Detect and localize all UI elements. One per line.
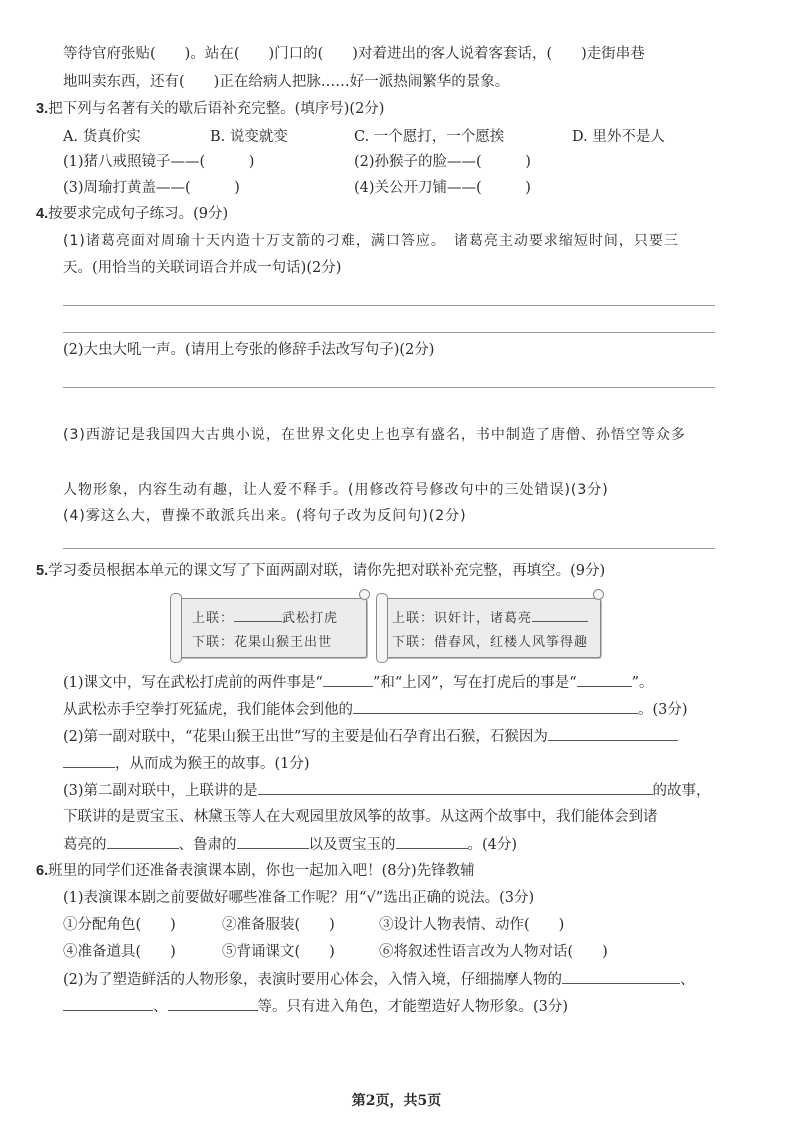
q5-p2-text-b: ，从而成为猴王的故事。(1分) [115,756,310,772]
q3-title: 把下列与名著有关的歇后语补充完整。(填序号)(2分) [48,101,384,117]
couplet-2-upper: 上联：识奸计，诸葛亮 [392,607,588,626]
q6-p1: (1)表演课本剧之前要做好哪些准备工作呢？用“√”选出正确的说法。(3分) [63,888,534,908]
q6-p2-blank-3[interactable] [168,996,258,1011]
q6-p2-text-a: (2)为了塑造鲜活的人物形象，表演时要用心体会，入情入境，仔细揣摩人物的 [63,972,562,988]
q6-choice-5[interactable]: ⑤背诵课文( ) [222,942,335,962]
q5-p1-text-d: 从武松赤手空拳打死猛虎，我们能体会到他的 [63,702,353,718]
q6-p2-blank-1[interactable] [562,969,680,984]
couplet-scroll-1: 上联：武松打虎 下联：花果山猴王出世 [175,598,367,658]
couplet-2-blank[interactable] [532,607,588,622]
q6-number: 6. [36,863,48,879]
q5-p3-line-1: (3)第二副对联中，上联讲的是的故事， [63,780,711,801]
q5-p1-line-1: (1)课文中，写在武松打虎前的两件事是“”和“上冈”，写在打虎后的事是“”。 [63,672,654,693]
q6-p2-blank-2[interactable] [63,996,153,1011]
q3-option-c: C. 一个愿打，一个愿挨 [354,127,504,147]
q5-p1-blank-2[interactable] [577,672,632,687]
q5-p2-line-1: (2)第一副对联中，“花果山猴王出世”写的主要是仙石孕育出石猴，石猴因为 [63,726,678,747]
scroll-curl-right-icon [359,589,370,600]
q6-p2-text-c: 、 [153,999,168,1015]
q5-number: 5. [36,563,48,579]
q5-p3-text-e: 、鲁肃的 [179,837,237,853]
q5-heading: 5.学习委员根据本单元的课文写了下面两副对联，请你先把对联补充完整，再填空。(9… [36,561,605,581]
q4-title: 按要求完成句子练习。(9分) [48,206,228,222]
couplet-2-upper-label: 上联： [392,611,434,626]
q4-s4: (4)雾这么大，曹操不敢派兵出来。(将句子改为反问句)(2分) [63,506,467,526]
q4-heading: 4.按要求完成句子练习。(9分) [36,204,228,224]
q5-p1-text-b: ”和“上冈”，写在打虎后的事是“ [373,675,577,691]
q5-p3-blank-4[interactable] [396,834,468,849]
q3-item-2[interactable]: (2)孙猴子的脸——( ) [354,152,531,172]
q5-p1-blank-3[interactable] [353,699,638,714]
q6-title: 班里的同学们还准备表演课本剧，你也一起加入吧！(8分)先锋教辅 [48,863,475,879]
couplet-2-lower-text: 借春风，红楼人风筝得趣 [434,635,588,650]
q5-p1-line-2: 从武松赤手空拳打死猛虎，我们能体会到他的。(3分) [63,699,688,720]
couplet-2-upper-text: 识奸计，诸葛亮 [434,611,532,626]
scroll-curl-right-icon [593,589,604,600]
q5-p2-line-2: ，从而成为猴王的故事。(1分) [63,753,310,774]
couplet-1-lower: 下联：花果山猴王出世 [192,631,332,650]
q6-choice-2[interactable]: ②准备服装( ) [222,915,335,935]
q5-p3-blank-1[interactable] [258,780,653,795]
scroll-roll-left-icon [170,593,182,663]
q5-p2-blank-2[interactable] [63,753,115,768]
q3-option-b: B. 说变就变 [210,127,288,147]
answer-line-q4-1a[interactable] [63,305,715,306]
q6-choice-4[interactable]: ④准备道具( ) [63,942,176,962]
q3-item-3[interactable]: (3)周瑜打黄盖——( ) [63,178,240,198]
q6-choice-3[interactable]: ③设计人物表情、动作( ) [379,915,564,935]
page-number: 第2页，共5页 [0,1090,793,1110]
couplet-1-upper-text: 武松打虎 [282,611,338,626]
q6-p2-text-b: 、 [680,972,695,988]
q4-s3-line-2: 人物形象，内容生动有趣，让人爱不释手。(用修改符号修改句中的三处错误)(3分) [63,480,609,500]
q3-option-d: D. 里外不是人 [572,127,665,147]
answer-line-q4-2[interactable] [63,387,715,388]
q4-s2: (2)大虫大吼一声。(请用上夸张的修辞手法改写句子)(2分) [63,340,434,360]
q5-p3-text-b: 的故事， [653,783,711,799]
q6-p2-text-d: 等。只有进入角色，才能塑造好人物形象。(3分) [258,999,569,1015]
couplet-1-upper: 上联：武松打虎 [192,607,338,626]
q5-p1-blank-1[interactable] [323,672,373,687]
q5-p1-text-c: ”。 [632,675,654,691]
answer-line-q4-1b[interactable] [63,332,715,333]
q5-p3-text-g: 。(4分) [468,837,518,853]
scroll-roll-left-icon [376,593,388,663]
q3-number: 3. [36,101,48,117]
q5-p2-blank-1[interactable] [548,726,678,741]
q3-option-a: A. 货真价实 [63,127,141,147]
intro-line-1: 等待官府张贴( )。站在( )门口的( )对着进出的客人说着客套话，( )走街串… [63,44,645,64]
q5-p3-blank-2[interactable] [107,834,179,849]
couplet-1-lower-text: 花果山猴王出世 [234,635,332,650]
couplet-scroll-2: 上联：识奸计，诸葛亮 下联：借春风，红楼人风筝得趣 [381,598,601,658]
q6-choice-1[interactable]: ①分配角色( ) [63,915,176,935]
q6-p2-line-2: 、等。只有进入角色，才能塑造好人物形象。(3分) [63,996,568,1017]
answer-line-q4-4[interactable] [63,548,715,549]
q5-p3-blank-3[interactable] [237,834,309,849]
q3-heading: 3.把下列与名著有关的歇后语补充完整。(填序号)(2分) [36,99,384,119]
q6-heading: 6.班里的同学们还准备表演课本剧，你也一起加入吧！(8分)先锋教辅 [36,861,475,881]
couplet-2-lower-label: 下联： [392,635,434,650]
q5-p3-line-3: 葛亮的、鲁肃的以及贾宝玉的。(4分) [63,834,517,855]
couplet-1-upper-label: 上联： [192,611,234,626]
q5-p3-line-2: 下联讲的是贾宝玉、林黛玉等人在大观园里放风筝的故事。从这两个故事中，我们能体会到… [63,807,658,827]
q5-p1-text-e: 。(3分) [638,702,688,718]
q4-s1-line-2: 天。(用恰当的关联词语合并成一句话)(2分) [63,258,341,278]
q5-p3-text-d: 葛亮的 [63,837,107,853]
couplet-1-lower-label: 下联： [192,635,234,650]
q5-p3-text-f: 以及贾宝玉的 [309,837,396,853]
q4-s1-line-1: (1)诸葛亮面对周瑜十天内造十万支箭的刁难，满口答应。 诸葛亮主动要求缩短时间，… [63,231,679,251]
q6-p2-line-1: (2)为了塑造鲜活的人物形象，表演时要用心体会，入情入境，仔细揣摩人物的、 [63,969,695,990]
q5-p2-text-a: (2)第一副对联中，“花果山猴王出世”写的主要是仙石孕育出石猴，石猴因为 [63,729,548,745]
q5-p3-text-a: (3)第二副对联中，上联讲的是 [63,783,258,799]
q3-item-1[interactable]: (1)猪八戒照镜子——( ) [63,152,254,172]
q6-choice-6[interactable]: ⑥将叙述性语言改为人物对话( ) [379,942,608,962]
couplet-2-lower: 下联：借春风，红楼人风筝得趣 [392,631,588,650]
q5-p1-text-a: (1)课文中，写在武松打虎前的两件事是“ [63,675,323,691]
q5-title: 学习委员根据本单元的课文写了下面两副对联，请你先把对联补充完整，再填空。(9分) [48,563,605,579]
q3-item-4[interactable]: (4)关公开刀铺——( ) [354,178,531,198]
couplet-1-blank[interactable] [234,607,282,622]
q4-number: 4. [36,206,48,222]
q4-s3-line-1: (3)西游记是我国四大古典小说，在世界文化史上也享有盛名，书中制造了唐僧、孙悟空… [63,425,686,445]
intro-line-2: 地叫卖东西，还有( )正在给病人把脉……好一派热闹繁华的景象。 [63,72,509,92]
